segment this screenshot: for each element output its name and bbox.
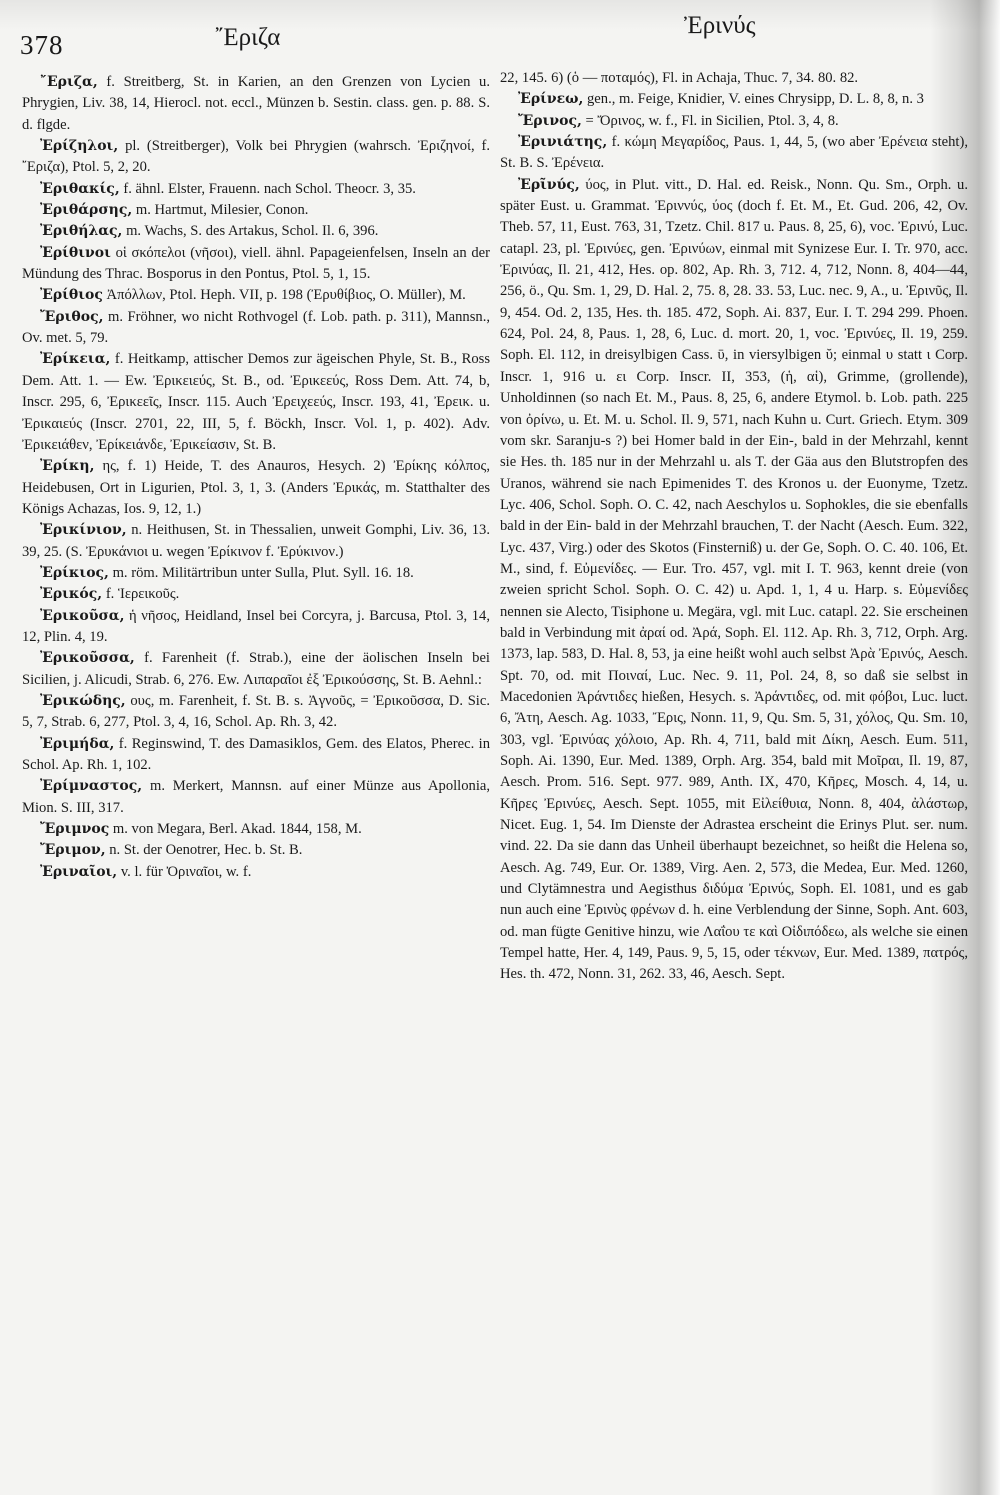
entry-text: m. von Megara, Berl. Akad. 1844, 158, M. bbox=[109, 821, 362, 837]
entry-lemma: Ἔριμνος bbox=[40, 821, 109, 837]
entry-text: m. röm. Militärtribun unter Sulla, Plut.… bbox=[109, 565, 414, 581]
dictionary-entry: Ἐρίμναστος, m. Merkert, Mannsn. auf eine… bbox=[22, 776, 490, 819]
dictionary-entry: Ἐριθάρσης, m. Hartmut, Milesier, Conon. bbox=[22, 200, 490, 221]
dictionary-entry: ῎Εριζα, f. Streitberg, St. in Karien, an… bbox=[22, 72, 490, 136]
dictionary-entry: Ἐρινιάτης, f. κώμη Μεγαρίδος, Paus. 1, 4… bbox=[500, 132, 968, 175]
entry-lemma: Ἐρίνεω, bbox=[518, 91, 583, 107]
running-head-right: Ἐρινύς bbox=[684, 12, 755, 40]
dictionary-entry: Ἐρικοῦσα, ἡ νῆσος, Heidland, Insel bei C… bbox=[22, 606, 490, 649]
entry-lemma: Ἐρινιάτης, bbox=[518, 134, 607, 150]
entry-lemma: Ἐρικώδης, bbox=[40, 693, 126, 709]
entry-lemma: Ἐρικοῦσα, bbox=[40, 608, 124, 624]
entry-text: m. Wachs, S. des Artakus, Schol. Il. 6, … bbox=[122, 223, 378, 239]
entry-text: = Ὄρινος, w. f., Fl. in Sicilien, Ptol. … bbox=[582, 113, 839, 129]
entry-lemma: Ἐρίθινοι bbox=[40, 245, 111, 261]
entry-lemma: Ἐριμήδα, bbox=[40, 736, 114, 752]
entry-text: n. St. der Oenotrer, Hec. b. St. B. bbox=[106, 842, 303, 858]
dictionary-entry: Ἐρικίνιον, n. Heithusen, St. in Thessali… bbox=[22, 520, 490, 563]
entry-lemma: Ἐριθάρσης, bbox=[40, 202, 132, 218]
dictionary-entry: Ἔριμον, n. St. der Oenotrer, Hec. b. St.… bbox=[22, 840, 490, 861]
entry-text: Ἀπόλλων, Ptol. Heph. VII, p. 198 (Ἐρυθίβ… bbox=[103, 287, 466, 303]
entry-text: m. Hartmut, Milesier, Conon. bbox=[132, 202, 308, 218]
dictionary-entry: Ἔριμνος m. von Megara, Berl. Akad. 1844,… bbox=[22, 819, 490, 840]
running-head-left: ῎Εριζα bbox=[215, 24, 280, 52]
dictionary-entry: Ἐρίκεια, f. Heitkamp, attischer Demos zu… bbox=[22, 349, 490, 456]
entry-lemma: Ἐρίκιος, bbox=[40, 565, 109, 581]
entry-lemma: Ἐρίκεια, bbox=[40, 351, 110, 367]
entry-text: gen., m. Feige, Knidier, V. eines Chrysi… bbox=[583, 91, 924, 107]
entry-lemma: Ἐρικίνιον, bbox=[40, 522, 127, 538]
entry-lemma: Ἔριμον, bbox=[40, 842, 106, 858]
scan-shadow-top bbox=[0, 0, 1000, 30]
dictionary-entry: Ἔριθος, m. Fröhner, wo nicht Rothvogel (… bbox=[22, 307, 490, 350]
dictionary-entry: Ἐρίθινοι οἱ σκόπελοι (νῆσοι), viell. ähn… bbox=[22, 243, 490, 286]
left-column: ῎Εριζα, f. Streitberg, St. in Karien, an… bbox=[22, 72, 490, 883]
entry-text: f. Ἱερεικοῦς. bbox=[102, 586, 179, 602]
dictionary-entry-continuation: 22, 145. 6) (ὁ — ποταμός), Fl. in Achaja… bbox=[500, 68, 968, 89]
entry-text: v. l. für Ὀριναῖοι, w. f. bbox=[117, 864, 251, 880]
entry-lemma: Ἐρίκη, bbox=[40, 458, 94, 474]
entry-text: f. ähnl. Elster, Frauenn. nach Schol. Th… bbox=[120, 181, 416, 197]
dictionary-entry: Ἐρίθιος Ἀπόλλων, Ptol. Heph. VII, p. 198… bbox=[22, 285, 490, 306]
entry-lemma: Ἐρίθιος bbox=[40, 287, 103, 303]
dictionary-entry: Ἐριναῖοι, v. l. für Ὀριναῖοι, w. f. bbox=[22, 862, 490, 883]
entry-lemma: Ἐρικοῦσσα, bbox=[40, 650, 135, 666]
dictionary-entry: Ἐρίκιος, m. röm. Militärtribun unter Sul… bbox=[22, 563, 490, 584]
dictionary-entry: Ἐρίνεω, gen., m. Feige, Knidier, V. eine… bbox=[500, 89, 968, 110]
page-number: 378 bbox=[20, 30, 64, 61]
entry-lemma: Ἔριθος, bbox=[40, 309, 103, 325]
entry-lemma: Ἐριθήλας, bbox=[40, 223, 122, 239]
dictionary-entry: Ἐρῖνύς, ύος, in Plut. vitt., D. Hal. ed.… bbox=[500, 175, 968, 986]
dictionary-entry: Ἐριμήδα, f. Reginswind, T. des Damasiklo… bbox=[22, 734, 490, 777]
entry-lemma: Ἐριθακίς, bbox=[40, 181, 120, 197]
dictionary-entry: Ἐριθήλας, m. Wachs, S. des Artakus, Scho… bbox=[22, 221, 490, 242]
dictionary-entry: Ἐρίκη, ης, f. 1) Heide, T. des Anauros, … bbox=[22, 456, 490, 520]
dictionary-entry: Ἐρίζηλοι, pl. (Streitberger), Volk bei P… bbox=[22, 136, 490, 179]
dictionary-entry: Ἔρινος, = Ὄρινος, w. f., Fl. in Sicilien… bbox=[500, 111, 968, 132]
entry-lemma: Ἐρῖνύς, bbox=[518, 177, 580, 193]
entry-lemma: Ἐρικός, bbox=[40, 586, 102, 602]
dictionary-entry: Ἐρικός, f. Ἱερεικοῦς. bbox=[22, 584, 490, 605]
dictionary-entry: Ἐρικοῦσσα, f. Farenheit (f. Strab.), ein… bbox=[22, 648, 490, 691]
entry-lemma: Ἐρίζηλοι, bbox=[40, 138, 118, 154]
dictionary-entry: Ἐρικώδης, ους, m. Farenheit, f. St. B. s… bbox=[22, 691, 490, 734]
entry-lemma: ῎Εριζα, bbox=[40, 74, 98, 90]
entry-lemma: Ἐριναῖοι, bbox=[40, 864, 117, 880]
dictionary-entry: Ἐριθακίς, f. ähnl. Elster, Frauenn. nach… bbox=[22, 179, 490, 200]
right-column: 22, 145. 6) (ὁ — ποταμός), Fl. in Achaja… bbox=[500, 68, 968, 986]
entry-lemma: Ἐρίμναστος, bbox=[40, 778, 142, 794]
entry-text: ύος, in Plut. vitt., D. Hal. ed. Reisk.,… bbox=[500, 177, 968, 983]
entry-text: 22, 145. 6) (ὁ — ποταμός), Fl. in Achaja… bbox=[500, 70, 858, 86]
entry-lemma: Ἔρινος, bbox=[518, 113, 582, 129]
